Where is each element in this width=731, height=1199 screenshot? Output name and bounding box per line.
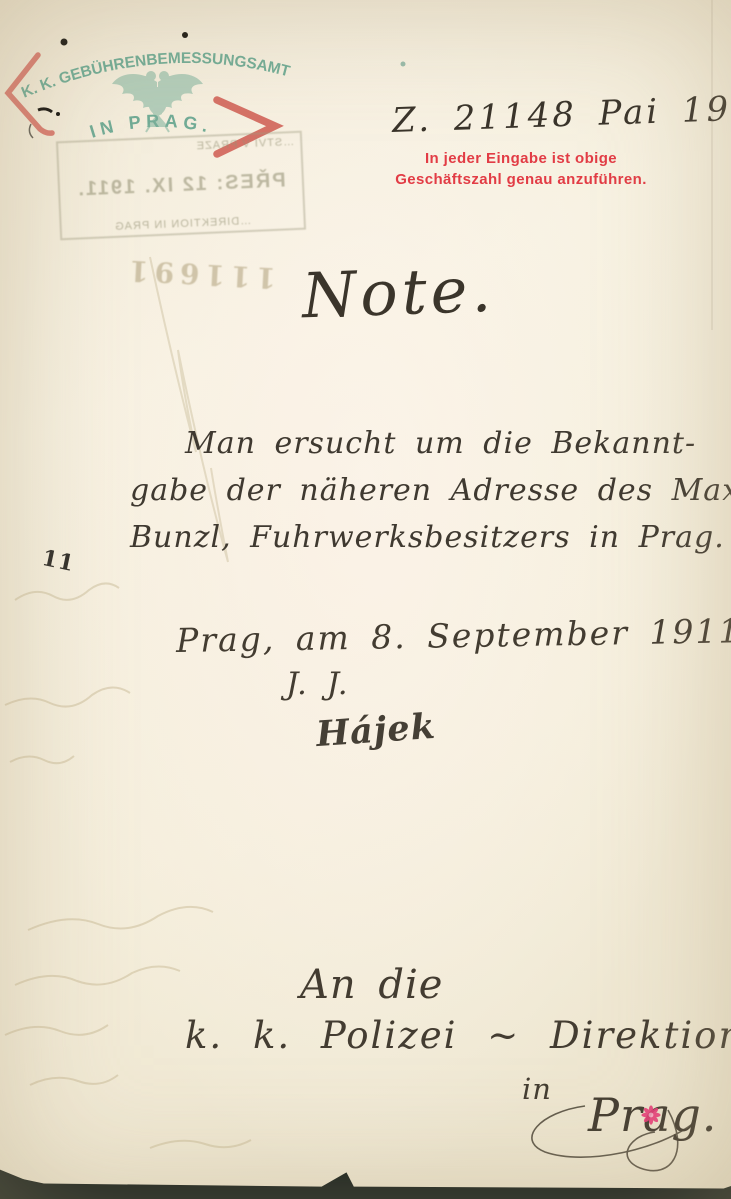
rosette-stamp-icon xyxy=(640,1104,662,1126)
initials: J. J. xyxy=(286,666,349,702)
document-title: Note. xyxy=(301,253,496,333)
address-line-polizei-direktion: k. k. Polizei ~ Direktion xyxy=(185,1014,731,1057)
address-line-an-die: An die xyxy=(300,962,443,1008)
paper-crease xyxy=(711,0,713,330)
dateline: Prag, am 8. September 1911. xyxy=(176,611,731,660)
receipt-stamp-line1: …STVÍ V PRAZE xyxy=(64,136,294,158)
body-line2: gabe der näheren Adresse des Max xyxy=(130,467,731,514)
receipt-stamp-line3: …DIREKTION IN PRAG xyxy=(68,213,298,235)
pen-mark: 11 xyxy=(40,545,77,577)
receipt-stamp-date: PŘES: 12 IX. 1911. xyxy=(66,169,297,202)
body-line1: Man ersucht um die Bekannt- xyxy=(185,420,731,467)
document-scan: K. K. GEBÜHRENBEMESSUNGSAMT IN PRAG. …ST… xyxy=(0,0,731,1199)
scan-edge-bottom xyxy=(0,1168,731,1199)
red-instruction-stamp: In jeder Eingabe ist obige Geschäftszahl… xyxy=(391,148,651,190)
faint-file-number: 111691 xyxy=(145,255,277,295)
red-chevron-left-icon xyxy=(0,45,60,155)
receipt-stamp-mirrored: …STVÍ V PRAZE PŘES: 12 IX. 1911. …DIREKT… xyxy=(56,131,306,241)
body-line3: Bunzl, Fuhrwerksbesitzers in Prag. xyxy=(130,514,731,561)
reference-number: Z. 21148 Pai 1911. xyxy=(391,87,731,141)
bleedthrough-squiggles xyxy=(5,583,251,1148)
red-instruction-line2: Geschäftszahl genau anzuführen. xyxy=(391,169,651,190)
signature: Hájek xyxy=(315,706,438,755)
body-text: Man ersucht um die Bekannt- gabe der näh… xyxy=(130,420,731,561)
address-line-in: in xyxy=(522,1072,552,1106)
red-instruction-line1: In jeder Eingabe ist obige xyxy=(391,148,651,169)
